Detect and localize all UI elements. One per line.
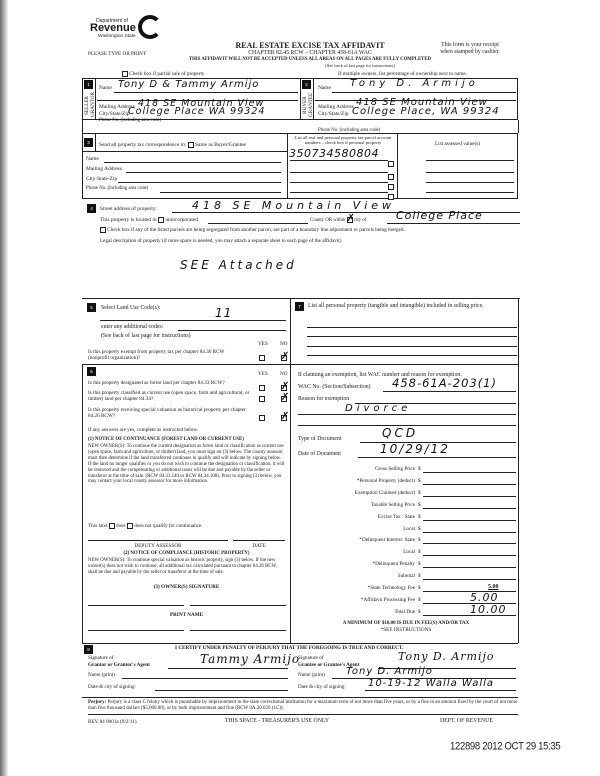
section-2-badge: 2 <box>302 80 311 89</box>
multiple-owners-note: If multiple owners, list percentage of o… <box>338 71 467 77</box>
exemption-reason-field[interactable]: Divorce <box>345 403 411 414</box>
currency-symbol: $ <box>418 585 421 591</box>
land-does-checkbox[interactable] <box>109 523 115 529</box>
grantor-name-field[interactable] <box>122 678 288 679</box>
assessed-value-2[interactable] <box>426 172 514 173</box>
exemption-reason-label: Reason for exemption <box>298 396 349 403</box>
continuance-row: This land does does not qualify for cont… <box>88 523 203 530</box>
tax-row-value[interactable]: 10.00 <box>470 603 507 616</box>
tax-row-label: Total Due <box>300 609 415 615</box>
form-chapter: CHAPTER 82.45 RCW – CHAPTER 458-61A WAC <box>190 50 430 57</box>
land-use-code-field[interactable]: 11 <box>215 306 232 320</box>
personal-property-line-1[interactable] <box>307 327 517 328</box>
grantor-name-label: Name (print) <box>88 672 115 678</box>
tax-row-label: *Delinquent Interest: State <box>300 537 415 543</box>
located-label: This property is located in <box>100 217 157 223</box>
grantor-sig-label-1: Signature of <box>88 655 114 661</box>
tax-row-label: Taxable Selling Price <box>300 502 415 508</box>
historic-yes-checkbox[interactable] <box>259 415 265 421</box>
seller-phone-label: Phone No. (including area code) <box>99 118 161 123</box>
current-use-yes-checkbox[interactable] <box>259 396 265 402</box>
buyer-name-label: Name <box>318 85 331 91</box>
tax-row-field[interactable] <box>423 579 516 580</box>
tax-row-label: *Personal Property (deduct) <box>300 478 415 484</box>
currency-symbol: $ <box>418 597 421 603</box>
tax-row-label: Local <box>300 549 415 555</box>
tax-row-label: Excise Tax : State <box>300 514 415 520</box>
currency-symbol: $ <box>418 549 421 555</box>
exempt-no-checkbox[interactable] <box>281 355 287 361</box>
same-as-buyer-label: Same as Buyer/Grantee <box>195 142 246 148</box>
seller-city-field[interactable]: College Place WA 99324 <box>128 106 265 117</box>
section-3-badge: 3 <box>84 138 93 147</box>
legal-desc-label: Legal description of property (if more s… <box>100 238 341 244</box>
tax-row-field[interactable] <box>423 520 516 521</box>
grantor-date-label: Date & city of signing: <box>88 684 136 690</box>
currency-symbol: $ <box>418 514 421 520</box>
section-8-badge: 8 <box>84 645 93 654</box>
buyer-address-label: Mailing Address <box>318 104 354 110</box>
exempt-yes-checkbox[interactable] <box>259 355 265 361</box>
tax-row-label: Subtotal <box>300 573 415 579</box>
assessed-header: List assessed value(s) <box>400 141 515 147</box>
agency-line2: Revenue <box>90 23 136 34</box>
historic-question: Is this property receiving special valua… <box>88 407 253 420</box>
tax-row-label: *State Technology Fee <box>300 585 415 591</box>
if-yes-note: If any answers are yes, complete as inst… <box>88 427 198 433</box>
corr-address-field[interactable] <box>126 172 281 173</box>
land-use-yes-header: YES <box>258 341 268 347</box>
notice1-title: (1) NOTICE OF CONTINUANCE (FOREST LAND O… <box>88 437 244 443</box>
buyer-city-field[interactable]: College Place, WA 99324 <box>352 106 500 117</box>
dept-of-revenue: DEPT. OF REVENUE <box>440 718 493 725</box>
grantor-sig-label-2: Grantor or Grantor's Agent <box>88 662 150 668</box>
assessor-date-line[interactable] <box>233 540 285 541</box>
grantee-date-label: Date & city of signing: <box>298 684 346 690</box>
doc-date-field[interactable]: 10/29/12 <box>380 442 450 456</box>
owner-signature-line-1[interactable] <box>88 605 184 606</box>
currency-symbol: $ <box>418 466 421 472</box>
forest-land-question: Is this property designated as forest la… <box>88 380 253 386</box>
treasurer-use: THIS SPACE - TREASURER'S USE ONLY <box>225 718 329 725</box>
tax-row-label: Local <box>300 526 415 532</box>
tax-row-label: *Delinquent Penalty <box>300 561 415 567</box>
grantee-name-field[interactable]: Tony D. Armijo <box>346 666 433 677</box>
historic-no-checkbox[interactable] <box>281 415 287 421</box>
county-field[interactable] <box>208 223 308 224</box>
additional-codes-field[interactable] <box>178 330 286 331</box>
current-use-no-checkbox[interactable] <box>281 396 287 402</box>
corr-phone-label: Phone No. (including area code) <box>86 186 148 191</box>
perjury-label: Perjury: <box>88 700 106 705</box>
grantee-date-field[interactable]: 10-19-12 Walla Walla <box>368 678 494 689</box>
currency-symbol: $ <box>418 537 421 543</box>
dor-logo: Department of Revenue Washington State <box>90 12 160 42</box>
partial-sale-checkbox[interactable] <box>122 71 128 77</box>
tax-row-field[interactable] <box>423 496 516 497</box>
land-use-label: Select Land Use Code(s): <box>101 305 160 312</box>
wac-label: WAC No. (Section/Subsection) <box>298 384 371 391</box>
scan-edge <box>0 0 8 776</box>
street-address-label: Street address of property: <box>100 206 157 212</box>
section-4-badge: 4 <box>87 204 96 213</box>
city-of-checkbox[interactable] <box>347 217 353 223</box>
unincorporated-checkbox[interactable] <box>158 217 164 223</box>
tax-row-field[interactable] <box>423 472 516 473</box>
street-address-field[interactable]: 418 SE Mountain View <box>192 199 395 212</box>
see-instructions: *SEE INSTRUCTIONS <box>295 627 517 633</box>
segregated-row: Check box if any of the listed parcels a… <box>100 227 405 234</box>
grantee-name-label: Name (print) <box>298 672 325 678</box>
currency-symbol: $ <box>418 490 421 496</box>
assessor-date-label: DATE <box>233 543 285 549</box>
corr-city-label: City-State-Zip <box>86 176 117 182</box>
within-city-row: County OR within city of <box>310 217 366 223</box>
partial-sale-label: Check box if partial sale of property <box>129 71 204 77</box>
certification-statement: I CERTIFY UNDER PENALTY OF PERJURY THAT … <box>175 645 403 651</box>
buyer-city-label: City/State/Zip <box>318 111 349 117</box>
currency-symbol: $ <box>418 526 421 532</box>
land-use-no-header: NO <box>280 341 288 347</box>
legal-description-field[interactable]: SEE Attached <box>180 258 297 272</box>
perjury-text: Perjury is a class C felony which is pun… <box>88 700 517 711</box>
corr-phone-field[interactable] <box>160 192 281 193</box>
buyer-name-field[interactable]: Tony D. Armijo <box>350 78 479 89</box>
correspondence-instruction-text: Send all property tax correspondence to: <box>99 142 186 148</box>
section-7-badge: 7 <box>295 302 304 311</box>
form-title: REAL ESTATE EXCISE TAX AFFIDAVIT <box>190 41 430 50</box>
exempt-question: Is this property exempt from property ta… <box>88 349 238 362</box>
segregated-label: Check box if any of the listed parcels a… <box>107 227 405 233</box>
county-label: County OR within <box>310 218 345 223</box>
form-revision: REV 84 0001a (9/2/11) <box>88 719 137 725</box>
currency-symbol: $ <box>418 561 421 567</box>
currency-symbol: $ <box>418 573 421 579</box>
does-label: does <box>116 523 126 529</box>
agency-line3: Washington State <box>98 34 136 40</box>
city-of-label: city of <box>354 218 366 223</box>
parcel-number-field[interactable]: 350734580804 <box>289 147 379 160</box>
assessed-value-3[interactable] <box>426 182 514 183</box>
buyer-side-label: BUYER GRANTEE <box>302 91 312 119</box>
tax-row-value[interactable]: 5.00 <box>488 584 499 590</box>
correspondence-instruction: Send all property tax correspondence to:… <box>99 142 246 148</box>
seller-side-label: SELLER GRANTOR <box>84 91 94 119</box>
owner-signature-line-2[interactable] <box>190 605 286 606</box>
city-of-field[interactable]: College Place <box>396 209 483 222</box>
deputy-assessor-line[interactable] <box>88 540 228 541</box>
tax-row-label: *Affidavit Processing Fee <box>300 597 415 603</box>
wac-number-field[interactable]: 458-61A-203(1) <box>392 376 497 390</box>
section-6-badge: 6 <box>87 367 96 376</box>
partial-sale-option[interactable]: Check box if partial sale of property <box>122 71 205 78</box>
designations-yes-header: YES <box>258 371 268 377</box>
notice2-body: NEW OWNER(S): To continue special valuat… <box>88 558 285 576</box>
doc-date-label: Date of Document <box>298 451 341 458</box>
segregated-checkbox[interactable] <box>100 227 106 233</box>
corr-city-field[interactable] <box>118 182 281 183</box>
seller-city-label: City/State/Zip <box>99 111 130 117</box>
doc-type-label: Type of Document <box>298 436 341 443</box>
seller-name-field[interactable]: Tony D & Tammy Armijo <box>118 79 259 90</box>
corr-address-label: Mailing Address <box>86 166 122 172</box>
land-use-see-back: (See back of last page for instructions) <box>101 333 191 340</box>
tax-row-field[interactable] <box>423 484 516 485</box>
current-use-question: Is this property classified as current u… <box>88 390 253 403</box>
additional-codes-label: enter any additional codes: <box>101 324 163 331</box>
doc-type-field[interactable]: QCD <box>382 426 418 440</box>
deputy-assessor-label: DEPUTY ASSESSOR <box>88 543 228 549</box>
corr-name-field[interactable] <box>104 162 281 163</box>
tax-row-label: Exemption Claimed (deduct) <box>300 490 415 496</box>
land-does-not-checkbox[interactable] <box>127 523 133 529</box>
unincorporated-label: unincorporated <box>165 217 198 223</box>
personal-property-label: List all personal property (tangible and… <box>308 303 508 310</box>
owner-signature-title: (3) OWNER(S) SIGNATURE <box>88 584 285 590</box>
personal-property-line-2[interactable] <box>307 336 517 337</box>
receipt-note-2: when stamped by cashier. <box>420 49 520 56</box>
notice2-title: (2) NOTICE OF COMPLIANCE (HISTORIC PROPE… <box>88 551 285 557</box>
currency-symbol: $ <box>418 478 421 484</box>
tax-row-field[interactable] <box>423 567 516 568</box>
tax-row-field[interactable] <box>423 508 516 509</box>
same-as-buyer-checkbox[interactable] <box>188 142 194 148</box>
cashier-stamp: 122898 2012 OCT 29 15:35 <box>450 740 560 753</box>
section-1-badge: 1 <box>84 80 93 89</box>
tax-row-field[interactable] <box>423 532 516 533</box>
assessed-value-4[interactable] <box>426 192 514 193</box>
qualify-label: qualify for continuance. <box>153 523 203 529</box>
corr-name-label: Name <box>86 156 99 162</box>
owner-print-name-line-2[interactable] <box>190 630 286 631</box>
tax-row-field[interactable] <box>423 555 516 556</box>
receipt-note-1: This form is your receipt <box>420 42 520 49</box>
assessed-value-1[interactable] <box>426 160 514 161</box>
personal-property-line-4[interactable] <box>307 355 517 356</box>
grantee-sig-label-1: Signature of <box>298 655 324 661</box>
parcel-header: List all real and personal property tax … <box>291 135 395 146</box>
tax-row-field[interactable] <box>423 543 516 544</box>
does-not-label: does not <box>134 523 151 529</box>
print-name-label: PRINT NAME <box>88 612 285 618</box>
section-5-badge: 5 <box>87 303 96 312</box>
currency-symbol: $ <box>418 609 421 615</box>
grantor-signature-field[interactable]: Tammy Armijo <box>200 652 300 666</box>
form-see-back: (See back of last page for instructions) <box>300 63 420 69</box>
dor-logo-icon <box>138 15 162 39</box>
currency-symbol: $ <box>418 502 421 508</box>
perjury-notice: Perjury: Perjury is a class C felony whi… <box>88 700 518 712</box>
grantee-signature-field[interactable]: Tony D. Armijo <box>398 650 495 663</box>
owner-print-name-line-1[interactable] <box>88 630 184 631</box>
tax-row-label: Gross Selling Price <box>300 466 415 472</box>
designations-no-header: NO <box>280 371 288 377</box>
grantor-date-field[interactable] <box>155 690 288 691</box>
land-label: This land <box>88 523 107 529</box>
seller-name-label: Name <box>99 85 112 91</box>
located-row: This property is located in unincorporat… <box>100 217 198 223</box>
notice1-body: NEW OWNER(S): To continue the current de… <box>88 444 285 485</box>
personal-property-checkbox-1[interactable] <box>388 161 394 167</box>
personal-property-line-3[interactable] <box>307 346 517 347</box>
